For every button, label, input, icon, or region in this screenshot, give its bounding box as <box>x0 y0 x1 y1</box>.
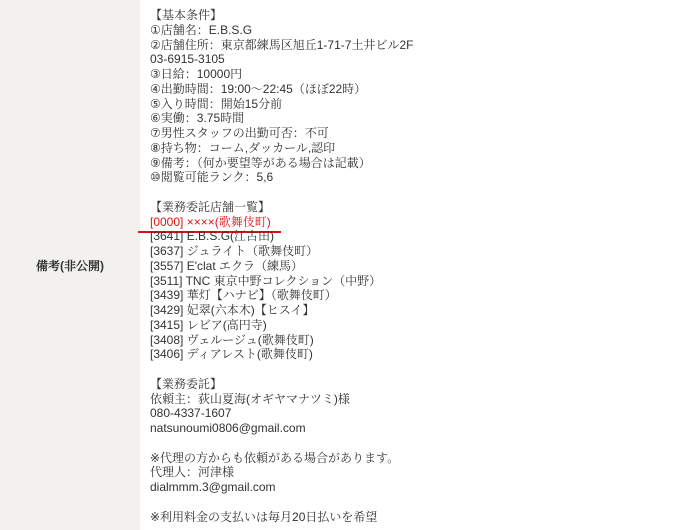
text-line: [3557] E'clat エクラ（練馬） <box>150 259 675 274</box>
blank-line <box>150 436 675 451</box>
text-line: 依頼主：荻山夏海(オギヤマナツミ)様 <box>150 392 675 407</box>
text-line: [3641] E.B.S.G(江古田) <box>150 229 675 244</box>
text-line: [3429] 妃翠(六本木)【ヒスイ】 <box>150 303 675 318</box>
text-line: 【基本条件】 <box>150 8 675 23</box>
text-line: ⑨備考：（何か要望等がある場合は記載） <box>150 156 675 171</box>
text-line: ※代理の方からも依頼がある場合があります。 <box>150 451 675 466</box>
remarks-field-row: 備考(非公開) 【基本条件】①店舗名：E.B.S.G②店舗住所：東京都練馬区旭丘… <box>0 0 681 530</box>
text-line: 【業務委託店舗一覧】 <box>150 200 675 215</box>
blank-line <box>150 185 675 200</box>
text-line: ④出勤時間：19:00～22:45（ほぼ22時） <box>150 82 675 97</box>
text-line: [3406] ディアレスト(歌舞伎町) <box>150 347 675 362</box>
text-line: ③日給：10000円 <box>150 67 675 82</box>
text-line: [3415] レビア(高円寺) <box>150 318 675 333</box>
text-line: 080-4337-1607 <box>150 406 675 421</box>
text-line: ⑩閲覧可能ランク：5,6 <box>150 170 675 185</box>
remarks-content: 【基本条件】①店舗名：E.B.S.G②店舗住所：東京都練馬区旭丘1-71-7土井… <box>140 0 681 530</box>
text-line: natsunoumi0806@gmail.com <box>150 421 675 436</box>
text-line: ⑥実働：3.75時間 <box>150 111 675 126</box>
text-line: 【業務委託】 <box>150 377 675 392</box>
text-line: ②店舗住所：東京都練馬区旭丘1-71-7土井ビル2F <box>150 38 675 53</box>
blank-line <box>150 495 675 510</box>
text-line: [3439] 華灯【ハナビ】（歌舞伎町） <box>150 288 675 303</box>
field-label: 備考(非公開) <box>36 257 104 274</box>
text-line: 03-6915-3105 <box>150 52 675 67</box>
text-line: [3408] ヴェルージュ(歌舞伎町) <box>150 333 675 348</box>
text-line: 代理人：河津様 <box>150 465 675 480</box>
store-list-line: [0000] ××××(歌舞伎町) <box>150 215 675 230</box>
text-line: [3511] TNC 東京中野コレクション（中野） <box>150 274 675 289</box>
text-line: dialmmm.3@gmail.com <box>150 480 675 495</box>
field-label-column: 備考(非公開) <box>0 0 140 530</box>
text-line: ①店舗名：E.B.S.G <box>150 23 675 38</box>
text-line: ⑦男性スタッフの出勤可否：不可 <box>150 126 675 141</box>
text-line: [3637] ジュライト（歌舞伎町） <box>150 244 675 259</box>
blank-line <box>150 362 675 377</box>
text-line: ⑧持ち物：コーム,ダッカール,認印 <box>150 141 675 156</box>
text-line: ⑤入り時間：開始15分前 <box>150 97 675 112</box>
text-line: ※利用料金の支払いは毎月20日払いを希望 <box>150 510 675 525</box>
